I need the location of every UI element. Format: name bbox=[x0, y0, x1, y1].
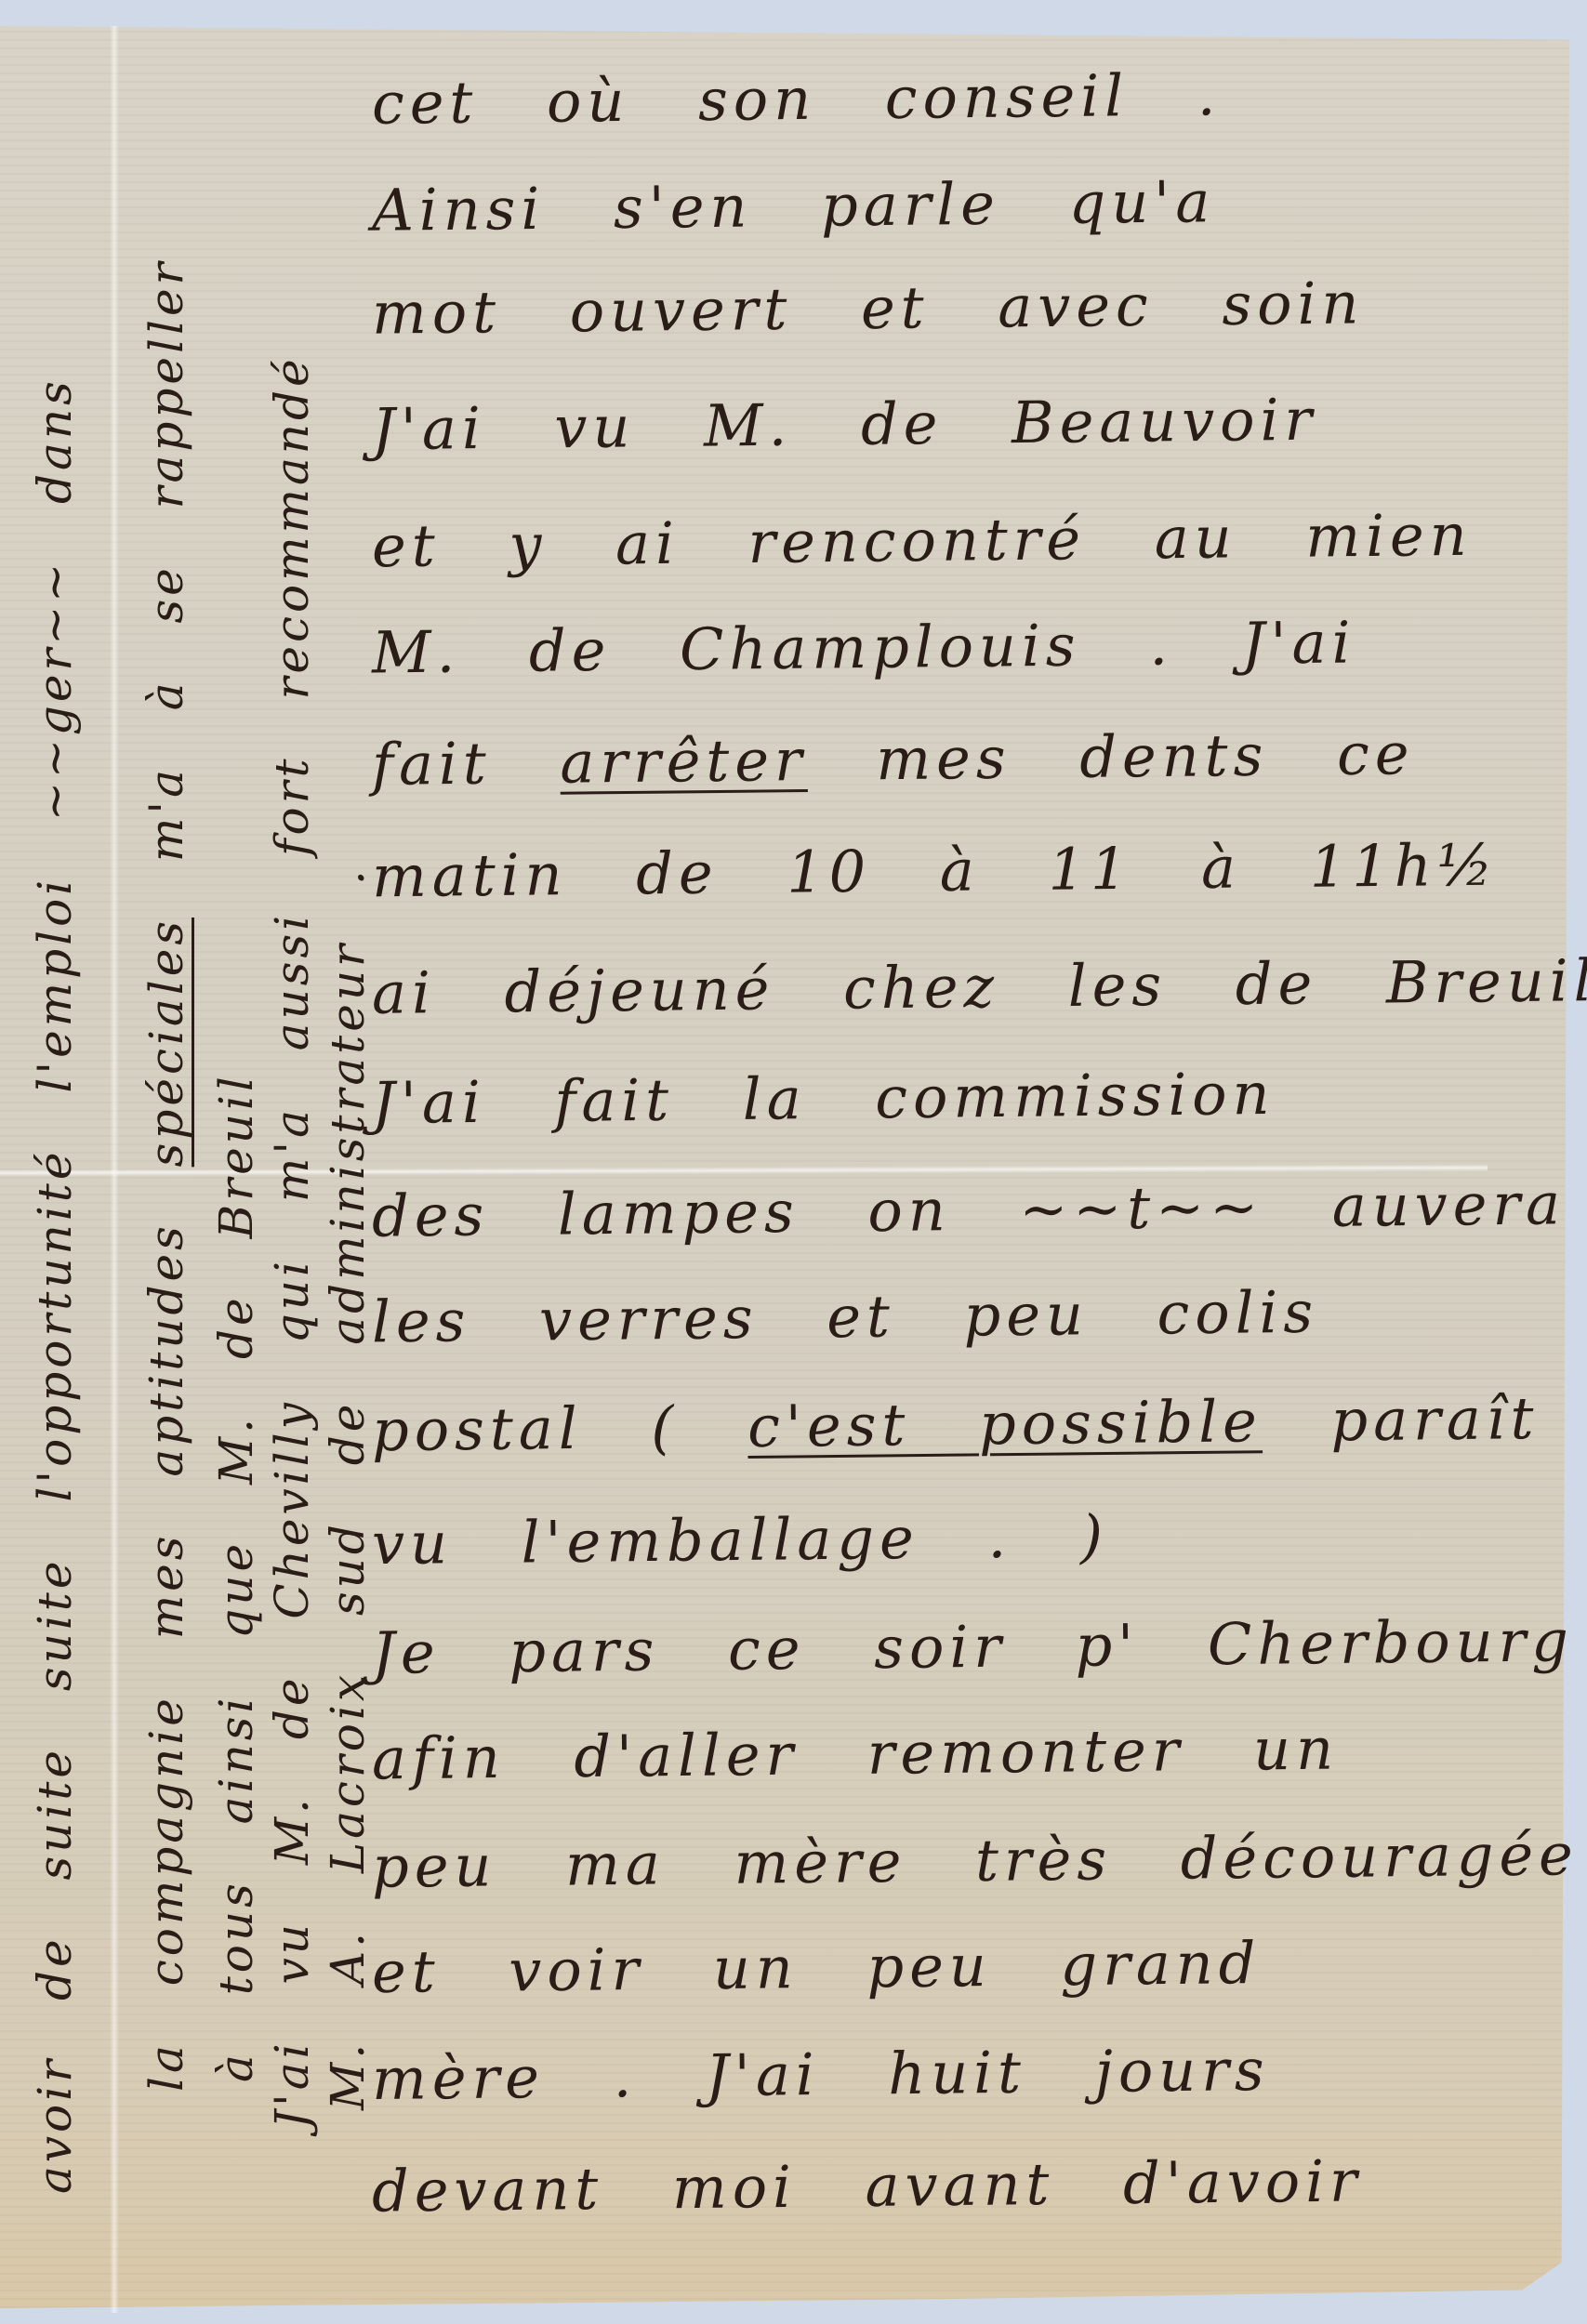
margin-word: M. A. Lacroix bbox=[321, 1671, 375, 2110]
margin-word: J'ai bbox=[265, 2040, 319, 2129]
margin-word: vu bbox=[265, 1921, 319, 1984]
letter-line: et y ai rencontré au mien bbox=[372, 501, 1473, 580]
margin-word: sud bbox=[321, 1521, 375, 1616]
margin-word: à bbox=[139, 679, 193, 710]
letter-line: vu l'emballage . ) bbox=[372, 1502, 1109, 1578]
margin-word: recommandé bbox=[265, 355, 319, 699]
margin-word: l'opportunité bbox=[28, 1149, 82, 1502]
margin-word: l'emploi ~~ger~~ bbox=[28, 560, 82, 1093]
letter-line: devant moi avant d'avoir bbox=[372, 2146, 1363, 2225]
margin-word: Chevilly bbox=[265, 1399, 319, 1619]
margin-word: Breuil bbox=[209, 1073, 263, 1238]
underlined-word: arrêter bbox=[560, 726, 808, 797]
margin-word: que bbox=[209, 1540, 263, 1639]
margin-word: M. de bbox=[265, 1675, 319, 1866]
letter-line-with-underline: fait arrêter mes dents ce bbox=[372, 720, 1415, 799]
letter-line: et voir un peu grand bbox=[372, 1929, 1262, 2006]
letter-line: mère . J'ai huit jours bbox=[372, 2036, 1270, 2113]
margin-word: aussi bbox=[265, 912, 319, 1050]
margin-word: spéciales bbox=[139, 918, 193, 1167]
margin-word: ainsi bbox=[209, 1695, 263, 1825]
margin-word: de bbox=[28, 1935, 82, 2000]
margin-word: avoir bbox=[28, 2056, 82, 2194]
margin-column-3: à tous ainsi que M. de Breuil bbox=[209, 1073, 263, 2082]
letter-line: M. de Champlouis . J'ai bbox=[372, 608, 1356, 686]
margin-column-4: J'ai vu M. de Chevilly qui m'a aussi for… bbox=[265, 355, 319, 2129]
letter-line: mot ouvert et avec soin bbox=[372, 269, 1365, 347]
letter-line: des lampes on ~~t~~ auvera bbox=[372, 1169, 1567, 1249]
letter-line: cet où son conseil . bbox=[372, 60, 1222, 138]
margin-text-region: avoir de suite suite l'opportunité l'emp… bbox=[0, 0, 372, 2324]
margin-column-5: M. A. Lacroix sud de administrateur . bbox=[321, 866, 375, 2110]
margin-column-1: avoir de suite suite l'opportunité l'emp… bbox=[28, 377, 82, 2194]
margin-word: qui bbox=[265, 1258, 319, 1343]
letter-line: postal ( c'est possible paraît il bbox=[372, 1383, 1587, 1464]
letter-line: matin de 10 à 11 à 11h½ bbox=[372, 831, 1499, 911]
letter-line: Ainsi s'en parle qu'a bbox=[372, 167, 1216, 244]
margin-word: administrateur bbox=[321, 941, 375, 1345]
margin-word: fort bbox=[265, 755, 319, 856]
margin-word: compagnie bbox=[139, 1695, 193, 1986]
margin-word: M. de bbox=[209, 1294, 263, 1485]
margin-word: rappeller bbox=[139, 259, 193, 509]
margin-word: mes bbox=[139, 1533, 193, 1640]
letter-line: J'ai fait la commission bbox=[372, 1060, 1276, 1137]
margin-column-2: la compagnie mes aptitudes spéciales m'a… bbox=[139, 259, 193, 2092]
margin-word: tous bbox=[209, 1880, 263, 1995]
margin-word: à bbox=[209, 2051, 263, 2082]
margin-word: . bbox=[321, 866, 375, 885]
margin-word: suite bbox=[28, 1558, 82, 1692]
margin-word: se bbox=[139, 564, 193, 623]
letter-line: ai déjeuné chez les de Breuil bbox=[372, 946, 1587, 1027]
letter-line: Je pars ce soir p' Cherbourg bbox=[372, 1606, 1575, 1687]
underlined-word: c'est possible bbox=[747, 1387, 1263, 1460]
margin-word: suite bbox=[28, 1747, 82, 1881]
margin-word: aptitudes bbox=[139, 1222, 193, 1476]
margin-word: la bbox=[139, 2041, 193, 2092]
letter-line: J'ai vu M. de Beauvoir bbox=[372, 386, 1318, 464]
margin-word: dans bbox=[28, 377, 82, 504]
margin-word: de bbox=[321, 1401, 375, 1466]
margin-word: m'a bbox=[265, 1106, 319, 1202]
margin-word: m'a bbox=[139, 766, 193, 862]
letter-line: afin d'aller remonter un bbox=[372, 1715, 1340, 1793]
letter-line: peu ma mère très découragée bbox=[372, 1820, 1580, 1901]
letter-line: les verres et peu colis bbox=[372, 1278, 1319, 1356]
